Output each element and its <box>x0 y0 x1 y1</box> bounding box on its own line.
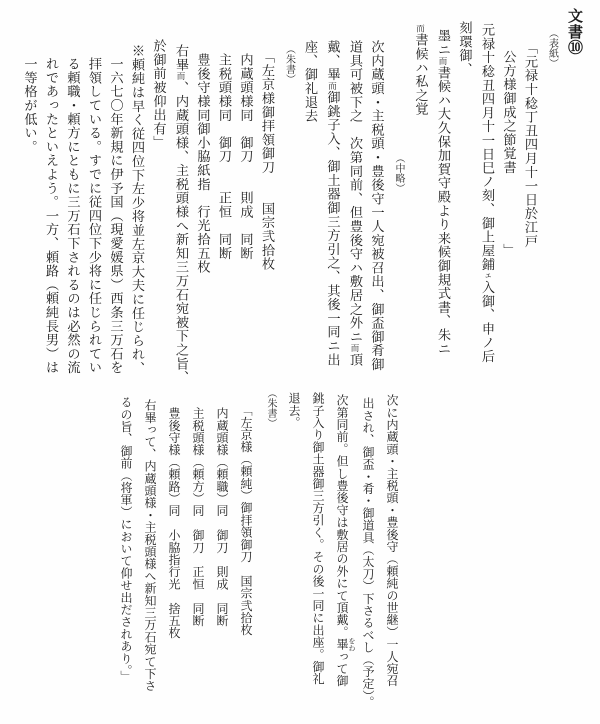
ruby-annotated-char: 畢をわ <box>335 638 349 650</box>
classical-text-column: 豊後守様同御小脇紙指 行光拾五枚 <box>192 8 214 408</box>
classical-text-column: 公方様御成之節覚書 」 <box>498 8 520 408</box>
small-interlinear-char: 而 <box>328 81 338 90</box>
classical-text-column: 元禄十稔丑四月十一日巳ノ刻、御上屋鋪ェ入御、申ノ后 <box>476 8 499 408</box>
classical-text-column: 右畢而、内蔵頭様、主税頭様へ新知三万石宛被下之旨、 <box>170 8 193 408</box>
classical-text-column: 而書候ハ私之覚 <box>409 8 432 408</box>
translation-text-column: 内蔵頭様（頼職）同 御刀 則成 同断 <box>210 388 234 724</box>
classical-text-label: （表紙） <box>541 8 563 408</box>
classical-text-column: 戴、畢而御銚子入、御土器御三方引之、其後一同ニ出 <box>321 8 344 408</box>
modern-translation-band: 次に内蔵頭・主税頭・豊後守（頼純の世継）一人宛召出され、御盃・肴・御道具（太刀）… <box>114 388 404 724</box>
translation-text-column: るの旨、御前（将軍）において仰せ出だされあり。」 <box>114 388 138 724</box>
classical-text-column: 拝領している。すでに従四位下少将に任じられてい <box>84 8 106 408</box>
small-interlinear-char: 而 <box>438 57 448 66</box>
translation-text-column: 出され、御盃・肴・御道具（太刀）下さるべし（予定）。 <box>356 388 380 724</box>
classical-text-band: 文書⑩ （表紙）「元禄十稔丁丑四月十一日於江戸公方様御成之節覚書 」元禄十稔丑四… <box>19 8 584 408</box>
page-title: 文書⑩ <box>563 8 585 408</box>
classical-text-column: 道具可被下之 次第同前、但豊後守ハ敷居之外ニ而頂 <box>344 8 367 408</box>
classical-text-column: 「元禄十稔丁丑四月十一日於江戸 <box>520 8 542 408</box>
classical-text-column: 一等格が低い。 <box>19 8 41 408</box>
translation-text-column: 「左京様（頼純）御拝領御刀 国宗弐拾枚 <box>234 388 258 724</box>
translation-text-column: 退去。 <box>282 388 306 724</box>
small-interlinear-char: 而 <box>350 344 360 353</box>
classical-text-column: 主税頭様同 御刀 正恒 同断 <box>214 8 236 408</box>
translation-text-column: 右畢って、内蔵頭様・主税頭様へ新知三万石宛て下さ <box>138 388 162 724</box>
translation-text-column: 主税頭様（頼方）同 御刀 正恒 同断 <box>186 388 210 724</box>
translation-text-label: （朱書） <box>258 388 282 724</box>
classical-text-column: れであったといえよう。一方、頼路（頼純長男）は <box>41 8 63 408</box>
classical-text-column: ※頼純は早く従四位下左少将並左京大夫に任じられ、 <box>127 8 149 408</box>
small-interlinear-char: 而 <box>176 72 186 81</box>
classical-text-column: 墨ニ而書候ハ大久保加賀守殿より来候御規式書、朱ニ <box>432 8 455 408</box>
translation-text-column: 次第同前。但し豊後守は敷居の外にて頂戴。畢をわって御 <box>330 388 356 724</box>
small-interlinear-char: ェ <box>482 271 492 280</box>
classical-text-label: （朱書） <box>278 8 300 408</box>
classical-text-column: 「左京様御拝領御刀 国宗弐拾枚 <box>257 8 279 408</box>
classical-text-column: 刻環御、 <box>454 8 476 408</box>
document-page: 文書⑩ （表紙）「元禄十稔丁丑四月十一日於江戸公方様御成之節覚書 」元禄十稔丑四… <box>0 0 600 724</box>
translation-text-column: 次に内蔵頭・主税頭・豊後守（頼純の世継）一人宛召 <box>380 388 404 724</box>
classical-text-label: （中略） <box>388 8 410 408</box>
small-interlinear-char: 而 <box>416 24 426 33</box>
classical-text-column: 次内蔵頭・主税頭・豊後守一人宛被召出、御盃御肴御 <box>366 8 388 408</box>
translation-text-column: 銚子入り御土器御三方引く。その後一同に出座。御礼 <box>306 388 330 724</box>
classical-text-column: 内蔵頭様同 御刀 則成 同断 <box>235 8 257 408</box>
classical-text-column: 座、御礼退去 <box>300 8 322 408</box>
classical-text-column: 於御前被仰出有」 <box>148 8 170 408</box>
translation-text-column: 豊後守様（頼路）同 小脇指行光 捨五枚 <box>162 388 186 724</box>
classical-text-column: 一六七〇年新規に伊予国（現愛媛県）西条三万石を <box>105 8 127 408</box>
classical-text-column: る頼職・頼方にともに三万石下されるのは必然の流 <box>62 8 84 408</box>
